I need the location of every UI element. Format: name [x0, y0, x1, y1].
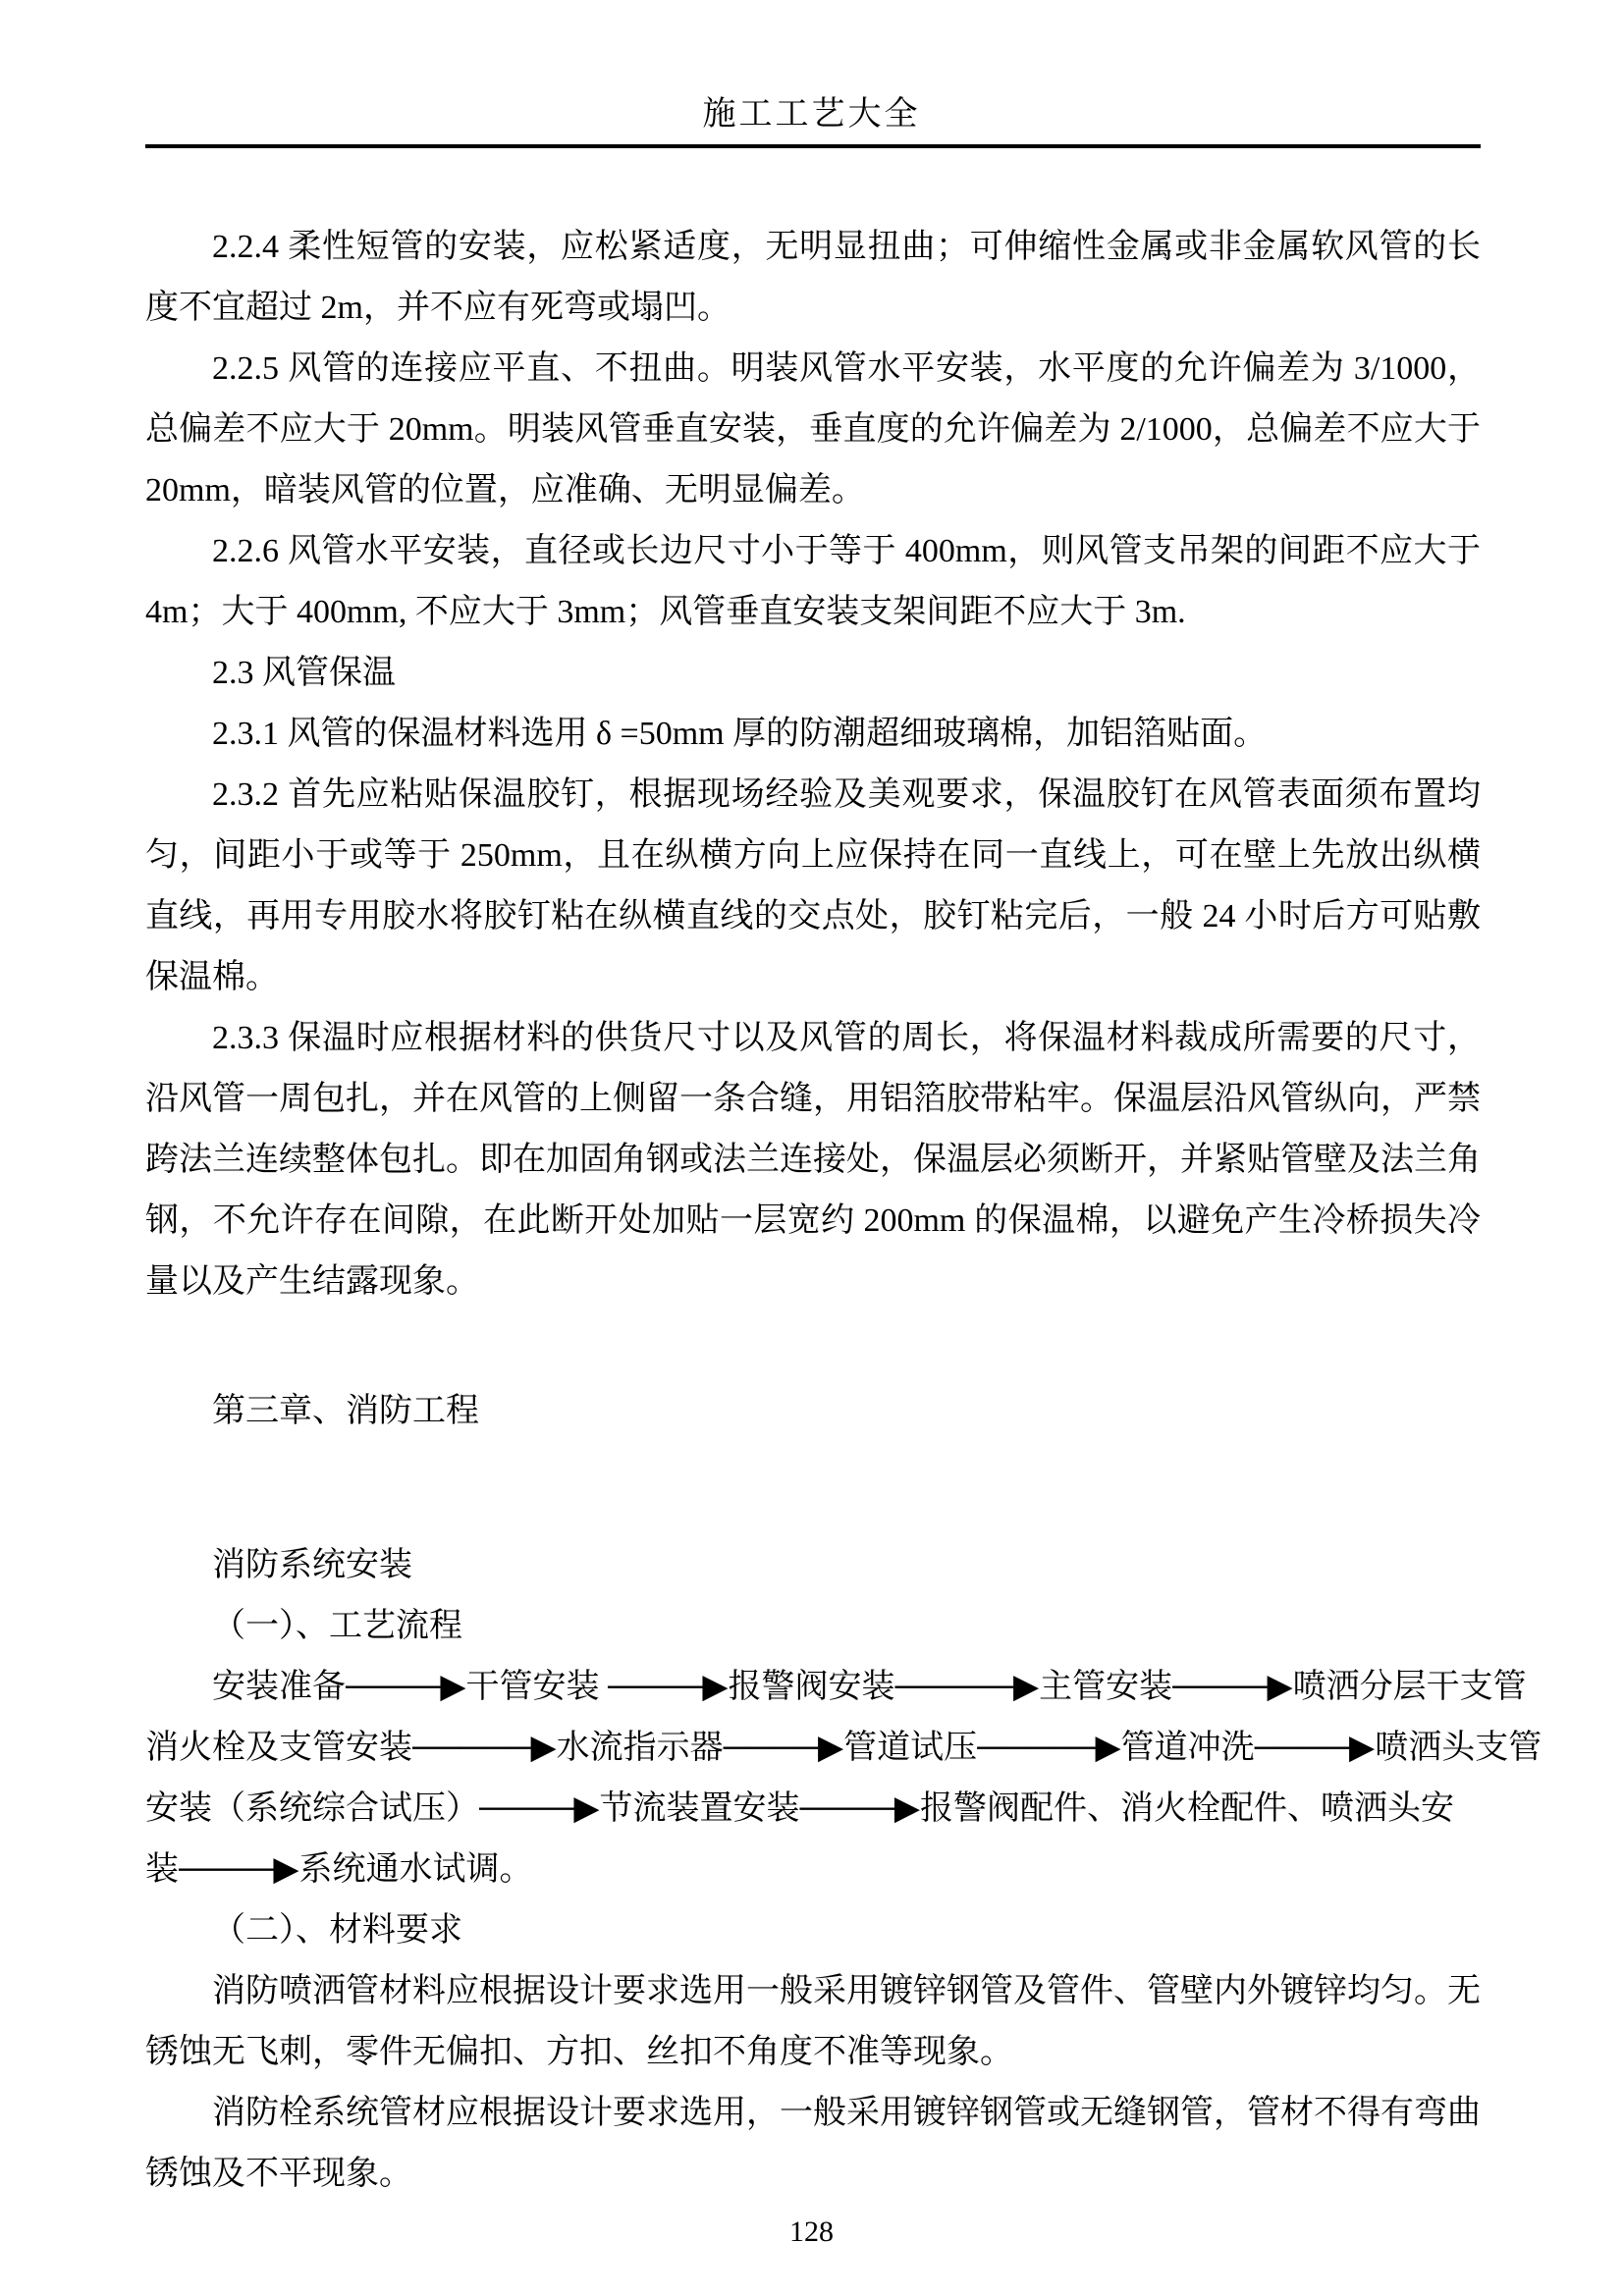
paragraph-2-3-2: 2.3.2 首先应粘贴保温胶钉，根据现场经验及美观要求，保温胶钉在风管表面须布置… [145, 765, 1481, 1008]
paragraph-2-2-6: 2.2.6 风管水平安装，直径或长边尺寸小于等于 400mm，则风管支吊架的间距… [145, 521, 1481, 643]
document-page: 施工工艺大全 2.2.4 柔性短管的安装，应松紧适度，无明显扭曲；可伸缩性金属或… [0, 0, 1623, 2296]
header-divider-rule [145, 144, 1481, 148]
document-body: 2.2.4 柔性短管的安装，应松紧适度，无明显扭曲；可伸缩性金属或非金属软风管的… [145, 217, 1481, 2205]
document-header: 施工工艺大全 [0, 0, 1623, 134]
paragraph-material-2: 消防栓系统管材应根据设计要求选用，一般采用镀锌钢管或无缝钢管，管材不得有弯曲锈蚀… [145, 2083, 1481, 2205]
section-heading-fire-system: 消防系统安装 [145, 1535, 1481, 1596]
paragraph-2-2-4: 2.2.4 柔性短管的安装，应松紧适度，无明显扭曲；可伸缩性金属或非金属软风管的… [145, 217, 1481, 339]
heading-2-3: 2.3 风管保温 [145, 643, 1481, 704]
paragraph-2-3-3: 2.3.3 保温时应根据材料的供货尺寸以及风管的周长，将保温材料裁成所需要的尺寸… [145, 1008, 1481, 1312]
subsection-1-process-flow: （一）、工艺流程 [145, 1596, 1481, 1657]
process-flow-line-4: 装────▶系统通水试调。 [145, 1840, 1481, 1900]
document-title: 施工工艺大全 [703, 86, 921, 134]
paragraph-2-2-5: 2.2.5 风管的连接应平直、不扭曲。明装风管水平安装，水平度的允许偏差为 3/… [145, 339, 1481, 521]
process-flow-line-1: 安装准备────▶干管安装 ────▶报警阀安装─────▶主管安装────▶喷… [145, 1657, 1481, 1718]
paragraph-material-1: 消防喷洒管材料应根据设计要求选用一般采用镀锌钢管及管件、管壁内外镀锌均匀。无锈蚀… [145, 1961, 1481, 2083]
chapter-3-heading: 第三章、消防工程 [145, 1381, 1481, 1442]
page-number: 128 [0, 2216, 1623, 2249]
process-flow-line-2: 消火栓及支管安装─────▶水流指示器────▶管道试压─────▶管道冲洗──… [145, 1718, 1481, 1779]
paragraph-2-3-1: 2.3.1 风管的保温材料选用 δ =50mm 厚的防潮超细玻璃棉，加铝箔贴面。 [145, 704, 1481, 765]
subsection-2-material-requirements: （二）、材料要求 [145, 1900, 1481, 1961]
process-flow-line-3: 安装（系统综合试压）────▶节流装置安装────▶报警阀配件、消火栓配件、喷洒… [145, 1779, 1481, 1840]
